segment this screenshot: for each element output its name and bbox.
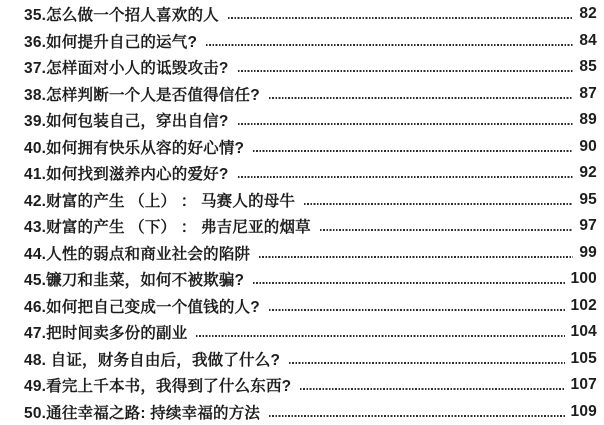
dot-leader (269, 97, 573, 99)
dot-leader (253, 282, 564, 284)
toc-entry: 49.看完上千本书，我得到了什么东西?107 (24, 372, 597, 399)
toc-entry-label: 39.如何包装自己，穿出自信? (24, 109, 229, 131)
toc-entry-label: 38.怎样判断一个人是否值得信任? (24, 83, 260, 105)
dot-leader (228, 17, 573, 19)
toc-entry-page: 89 (579, 111, 597, 129)
dot-leader (259, 256, 573, 258)
toc-entry: 35.怎么做一个招人喜欢的人82 (24, 1, 597, 28)
dot-leader (238, 176, 574, 178)
toc-entry-label: 44.人性的弱点和商业社会的陷阱 (24, 242, 250, 264)
toc-entry-page: 82 (579, 5, 597, 23)
toc-entry-page: 90 (579, 138, 597, 156)
toc-entry-page: 99 (579, 244, 597, 262)
toc-entry-page: 105 (571, 350, 597, 368)
toc-entry-label: 45.镰刀和韭菜，如何不被欺骗? (24, 268, 244, 290)
toc-entry-page: 102 (571, 297, 597, 315)
dot-leader (238, 123, 574, 125)
toc-entry: 50.通往幸福之路: 持续幸福的方法109 (24, 399, 597, 425)
dot-leader (238, 70, 574, 72)
toc-entry-label: 36.如何提升自己的运气? (24, 30, 197, 52)
toc-entry-label: 37.怎样面对小人的诋毁攻击? (24, 56, 229, 78)
toc-entry-label: 41.如何找到滋养内心的爱好? (24, 162, 229, 184)
toc-entry: 39.如何包装自己，穿出自信?89 (24, 107, 597, 134)
toc-entry-label: 40.如何拥有快乐从容的好心情? (24, 136, 244, 158)
toc-entry-page: 109 (571, 403, 597, 421)
toc-entry-page: 107 (571, 376, 597, 394)
dot-leader (320, 229, 573, 231)
dot-leader (269, 309, 565, 311)
toc-entry-label: 49.看完上千本书，我得到了什么东西? (24, 374, 291, 396)
toc-entry-page: 84 (579, 32, 597, 50)
toc-entry-label: 48. 自证，财务自由后，我做了什么? (24, 348, 280, 370)
toc-entry: 37.怎样面对小人的诋毁攻击?85 (24, 54, 597, 81)
toc-entry: 45.镰刀和韭菜，如何不被欺骗?100 (24, 266, 597, 293)
toc-entry-page: 97 (579, 217, 597, 235)
toc-entry: 48. 自证，财务自由后，我做了什么?105 (24, 346, 597, 373)
dot-leader (304, 203, 573, 205)
toc-entry: 44.人性的弱点和商业社会的陷阱99 (24, 240, 597, 267)
toc-list: 35.怎么做一个招人喜欢的人8236.如何提升自己的运气?8437.怎样面对小人… (24, 1, 597, 425)
dot-leader (269, 415, 564, 417)
toc-entry-label: 43.财富的产生 （下） ： 弗吉尼亚的烟草 (24, 215, 311, 237)
dot-leader (253, 150, 573, 152)
toc-entry-label: 46.如何把自己变成一个值钱的人? (24, 295, 260, 317)
toc-entry: 42.财富的产生 （上） ： 马赛人的母牛95 (24, 187, 597, 214)
toc-entry-label: 42.财富的产生 （上） ： 马赛人的母牛 (24, 189, 295, 211)
dot-leader (196, 335, 564, 337)
toc-entry: 36.如何提升自己的运气?84 (24, 28, 597, 55)
toc-entry: 47.把时间卖多份的副业104 (24, 319, 597, 346)
toc-entry-page: 87 (579, 85, 597, 103)
toc-entry-page: 85 (579, 58, 597, 76)
toc-entry-label: 47.把时间卖多份的副业 (24, 321, 187, 343)
toc-entry: 38.怎样判断一个人是否值得信任?87 (24, 81, 597, 108)
toc-entry-page: 92 (579, 164, 597, 182)
dot-leader (206, 44, 573, 46)
toc-entry-page: 100 (571, 270, 597, 288)
toc-entry: 46.如何把自己变成一个值钱的人?102 (24, 293, 597, 320)
toc-entry: 41.如何找到滋养内心的爱好?92 (24, 160, 597, 187)
toc-entry: 40.如何拥有快乐从容的好心情?90 (24, 134, 597, 161)
toc-entry-label: 35.怎么做一个招人喜欢的人 (24, 3, 219, 25)
toc-entry-page: 95 (579, 191, 597, 209)
toc-entry-label: 50.通往幸福之路: 持续幸福的方法 (24, 401, 260, 423)
dot-leader (300, 388, 564, 390)
dot-leader (289, 362, 564, 364)
toc-entry-page: 104 (571, 323, 597, 341)
toc-entry: 43.财富的产生 （下） ： 弗吉尼亚的烟草97 (24, 213, 597, 240)
toc-page: 35.怎么做一个招人喜欢的人8236.如何提升自己的运气?8437.怎样面对小人… (0, 0, 604, 425)
